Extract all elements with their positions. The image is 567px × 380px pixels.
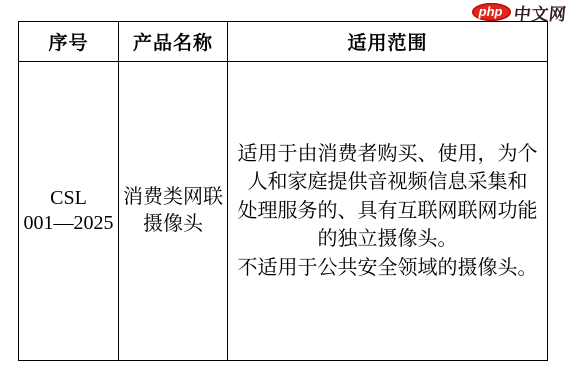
product-name-line-2: 摄像头	[119, 211, 227, 238]
scope-line-5: 不适用于公共安全领域的摄像头。	[228, 254, 547, 283]
table-row: CSL 001—2025 消费类网联 摄像头 适用于由消费者购买、使用，为个 人…	[19, 62, 548, 361]
col-header-serial: 序号	[19, 22, 119, 62]
col-header-scope: 适用范围	[228, 22, 548, 62]
scope-line-1: 适用于由消费者购买、使用，为个	[228, 140, 547, 169]
serial-line-1: CSL	[19, 186, 118, 211]
product-scope-table: 序号 产品名称 适用范围 CSL 001—2025 消费类网联 摄像头 适用于由…	[18, 21, 548, 361]
scope-line-4: 的独立摄像头。	[228, 225, 547, 254]
document-page: php 中文网 序号 产品名称 适用范围 CSL 001—2025 消费类网联	[0, 0, 567, 380]
site-logo: php 中文网	[472, 2, 566, 22]
serial-number-cell: CSL 001—2025	[19, 62, 119, 361]
table-header-row: 序号 产品名称 适用范围	[19, 22, 548, 62]
php-logo-badge: php	[472, 3, 511, 21]
scope-line-3: 处理服务的、具有互联网联网功能	[228, 197, 547, 226]
col-header-product-name: 产品名称	[119, 22, 228, 62]
scope-cell: 适用于由消费者购买、使用，为个 人和家庭提供音视频信息采集和 处理服务的、具有互…	[228, 62, 548, 361]
scope-line-2: 人和家庭提供音视频信息采集和	[228, 168, 547, 197]
product-name-line-1: 消费类网联	[119, 184, 227, 211]
product-name-cell: 消费类网联 摄像头	[119, 62, 228, 361]
serial-line-2: 001—2025	[19, 211, 118, 236]
